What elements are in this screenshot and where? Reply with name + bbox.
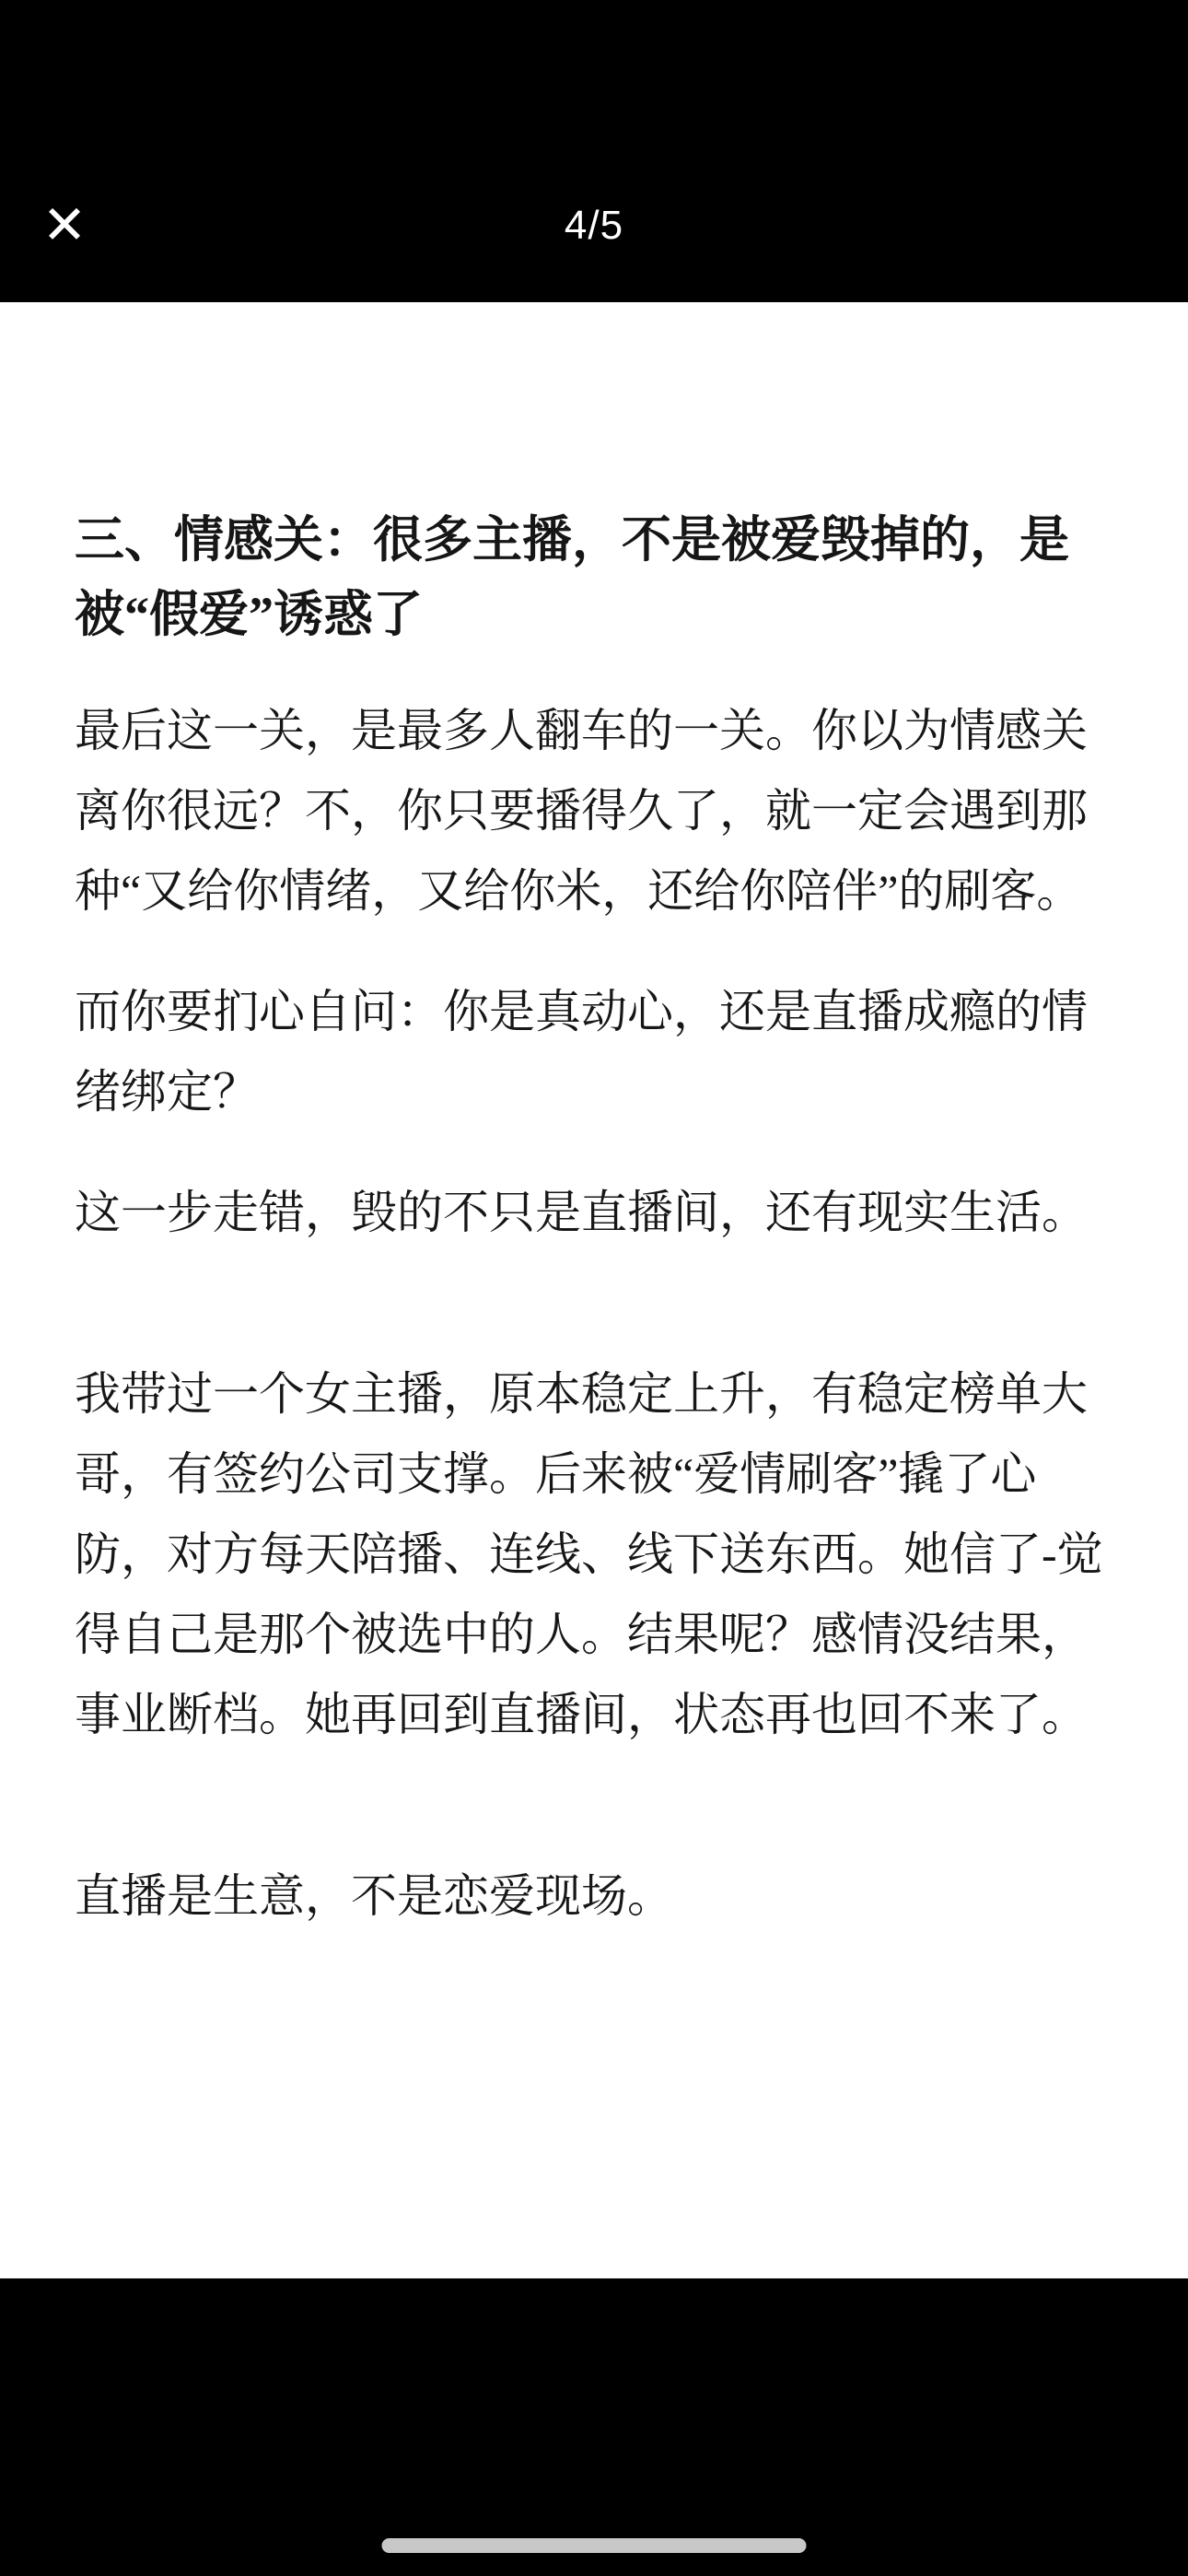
section-heading: 三、情感关：很多主播，不是被爱毁掉的，是被“假爱”诱惑了 — [75, 503, 1113, 652]
paragraph: 直播是生意，不是恋爱现场。 — [75, 1856, 1113, 1937]
paragraph: 这一步走错，毁的不只是直播间，还有现实生活。 — [75, 1173, 1113, 1253]
document-text: 三、情感关：很多主播，不是被爱毁掉的，是被“假爱”诱惑了 最后这一关，是最多人翻… — [75, 503, 1113, 1937]
paragraph: 而你要扪心自问：你是真动心，还是直播成瘾的情绪绑定？ — [75, 972, 1113, 1132]
bottom-bar — [0, 2278, 1188, 2576]
home-indicator[interactable] — [382, 2538, 807, 2553]
page-content[interactable]: 三、情感关：很多主播，不是被爱毁掉的，是被“假爱”诱惑了 最后这一关，是最多人翻… — [0, 302, 1188, 2278]
paragraph: 最后这一关，是最多人翻车的一关。你以为情感关离你很远？不，你只要播得久了，就一定… — [75, 691, 1113, 931]
top-bar: ✕ 4/5 — [0, 0, 1188, 302]
paragraph: 我带过一个女主播，原本稳定上升，有稳定榜单大哥，有签约公司支撑。后来被“爱情刷客… — [75, 1354, 1113, 1755]
page-indicator: 4/5 — [0, 205, 1188, 247]
